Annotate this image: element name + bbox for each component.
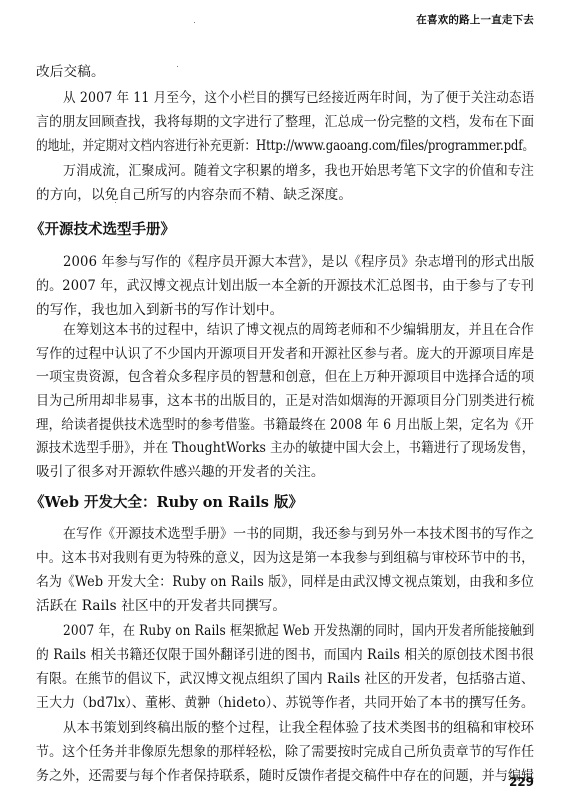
paragraph-line: 王大力（bd7lx）、董彬、黄翀（hideto）、苏锐等作者，共同开始了本书的撰… (36, 694, 534, 712)
book-page: 在喜欢的路上一直走下去 改后交稿。 从 2007 年 11 月至今，这个小栏目的… (0, 0, 564, 797)
running-header: 在喜欢的路上一直走下去 (416, 12, 534, 27)
paragraph-line: 的方向，以免自己所写的内容杂而不精、缺乏深度。 (36, 186, 534, 204)
paragraph-line: 吸引了很多对开源软件感兴趣的开发者的关注。 (36, 463, 534, 481)
paragraph-line: 言的朋友回顾查找，我将每期的文字进行了整理，汇总成一份完整的文档，发布在下面 (36, 113, 534, 131)
paragraph-line: 2006 年参与写作的《程序员开源大本营》，是以《程序员》杂志增刊的形式出版 (63, 253, 534, 271)
scan-speck (177, 66, 178, 67)
paragraph-line: 有限。在熊节的倡议下，武汉博文视点组织了国内 Rails 社区的开发者，包括骆古… (36, 670, 534, 688)
paragraph-line: 的地址，并定期对文档内容进行补充更新：Http://www.gaoang.com… (36, 137, 534, 155)
paragraph-line: 在筹划这本书的过程中，结识了博文视点的周筠老师和不少编辑朋友，并且在合作 (63, 321, 534, 339)
paragraph-line: 的 Rails 相关书籍还仅限于国外翻译引进的图书，而国内 Rails 相关的原… (36, 646, 534, 664)
section-heading: 《开源技术选型手册》 (30, 220, 175, 240)
paragraph-line: 写作的过程中认识了不少国内开源项目开发者和开源社区参与者。庞大的开源项目库是 (36, 345, 534, 363)
paragraph-line: 2007 年，在 Ruby on Rails 框架掀起 Web 开发热潮的同时，… (63, 622, 534, 640)
scan-speck (194, 22, 195, 23)
paragraph-line: 目为己所用却非易事，这本书的出版目的，正是对浩如烟海的开源项目分门别类进行梳 (36, 392, 534, 410)
paragraph-line: 名为《Web 开发大全：Ruby on Rails 版》，同样是由武汉博文视点策… (36, 573, 534, 591)
page-number: 229 (509, 775, 534, 789)
paragraph-line: 源技术选型手册》，并在 ThoughtWorks 主办的敏捷中国大会上，书籍进行… (36, 439, 534, 457)
paragraph-line: 从 2007 年 11 月至今，这个小栏目的撰写已经接近两年时间，为了便于关注动… (63, 89, 534, 107)
paragraph-line: 节。这个任务并非像原先想象的那样轻松，除了需要按时完成自己所负责章节的写作任 (36, 743, 534, 761)
paragraph-line: 理，给读者提供技术选型时的参考借鉴。书籍最终在 2008 年 6 月出版上架，定… (36, 416, 534, 434)
paragraph-line: 从本书策划到终稿出版的整个过程，让我全程体验了技术类图书的组稿和审校环 (63, 719, 534, 737)
paragraph-line: 的。2007 年，武汉博文视点计划出版一本全新的开源技术汇总图书，由于参与了专刊 (36, 277, 534, 295)
paragraph-line: 的写作，我也加入到新书的写作计划中。 (36, 301, 534, 319)
paragraph-line: 万涓成流，汇聚成河。随着文字积累的增多，我也开始思考笔下文字的价值和专注 (63, 162, 534, 180)
section-heading: 《Web 开发大全：Ruby on Rails 版》 (30, 493, 303, 513)
paragraph-line: 一项宝贵资源，包含着众多程序员的智慧和创意，但在上万种开源项目中选择合适的项 (36, 368, 534, 386)
paragraph-line: 务之外，还需要与每个作者保持联系，随时反馈作者提交稿件中存在的问题，并与编辑 (36, 767, 534, 785)
paragraph-line: 在写作《开源技术选型手册》一书的同期，我还参与到另外一本技术图书的写作之 (63, 525, 534, 543)
scan-speck (115, 202, 116, 203)
paragraph-line: 中。这本书对我则有更为特殊的意义，因为这是第一本我参与到组稿与审校环节中的书， (36, 549, 534, 567)
paragraph-line: 改后交稿。 (36, 63, 534, 81)
paragraph-line: 活跃在 Rails 社区中的开发者共同撰写。 (36, 597, 534, 615)
